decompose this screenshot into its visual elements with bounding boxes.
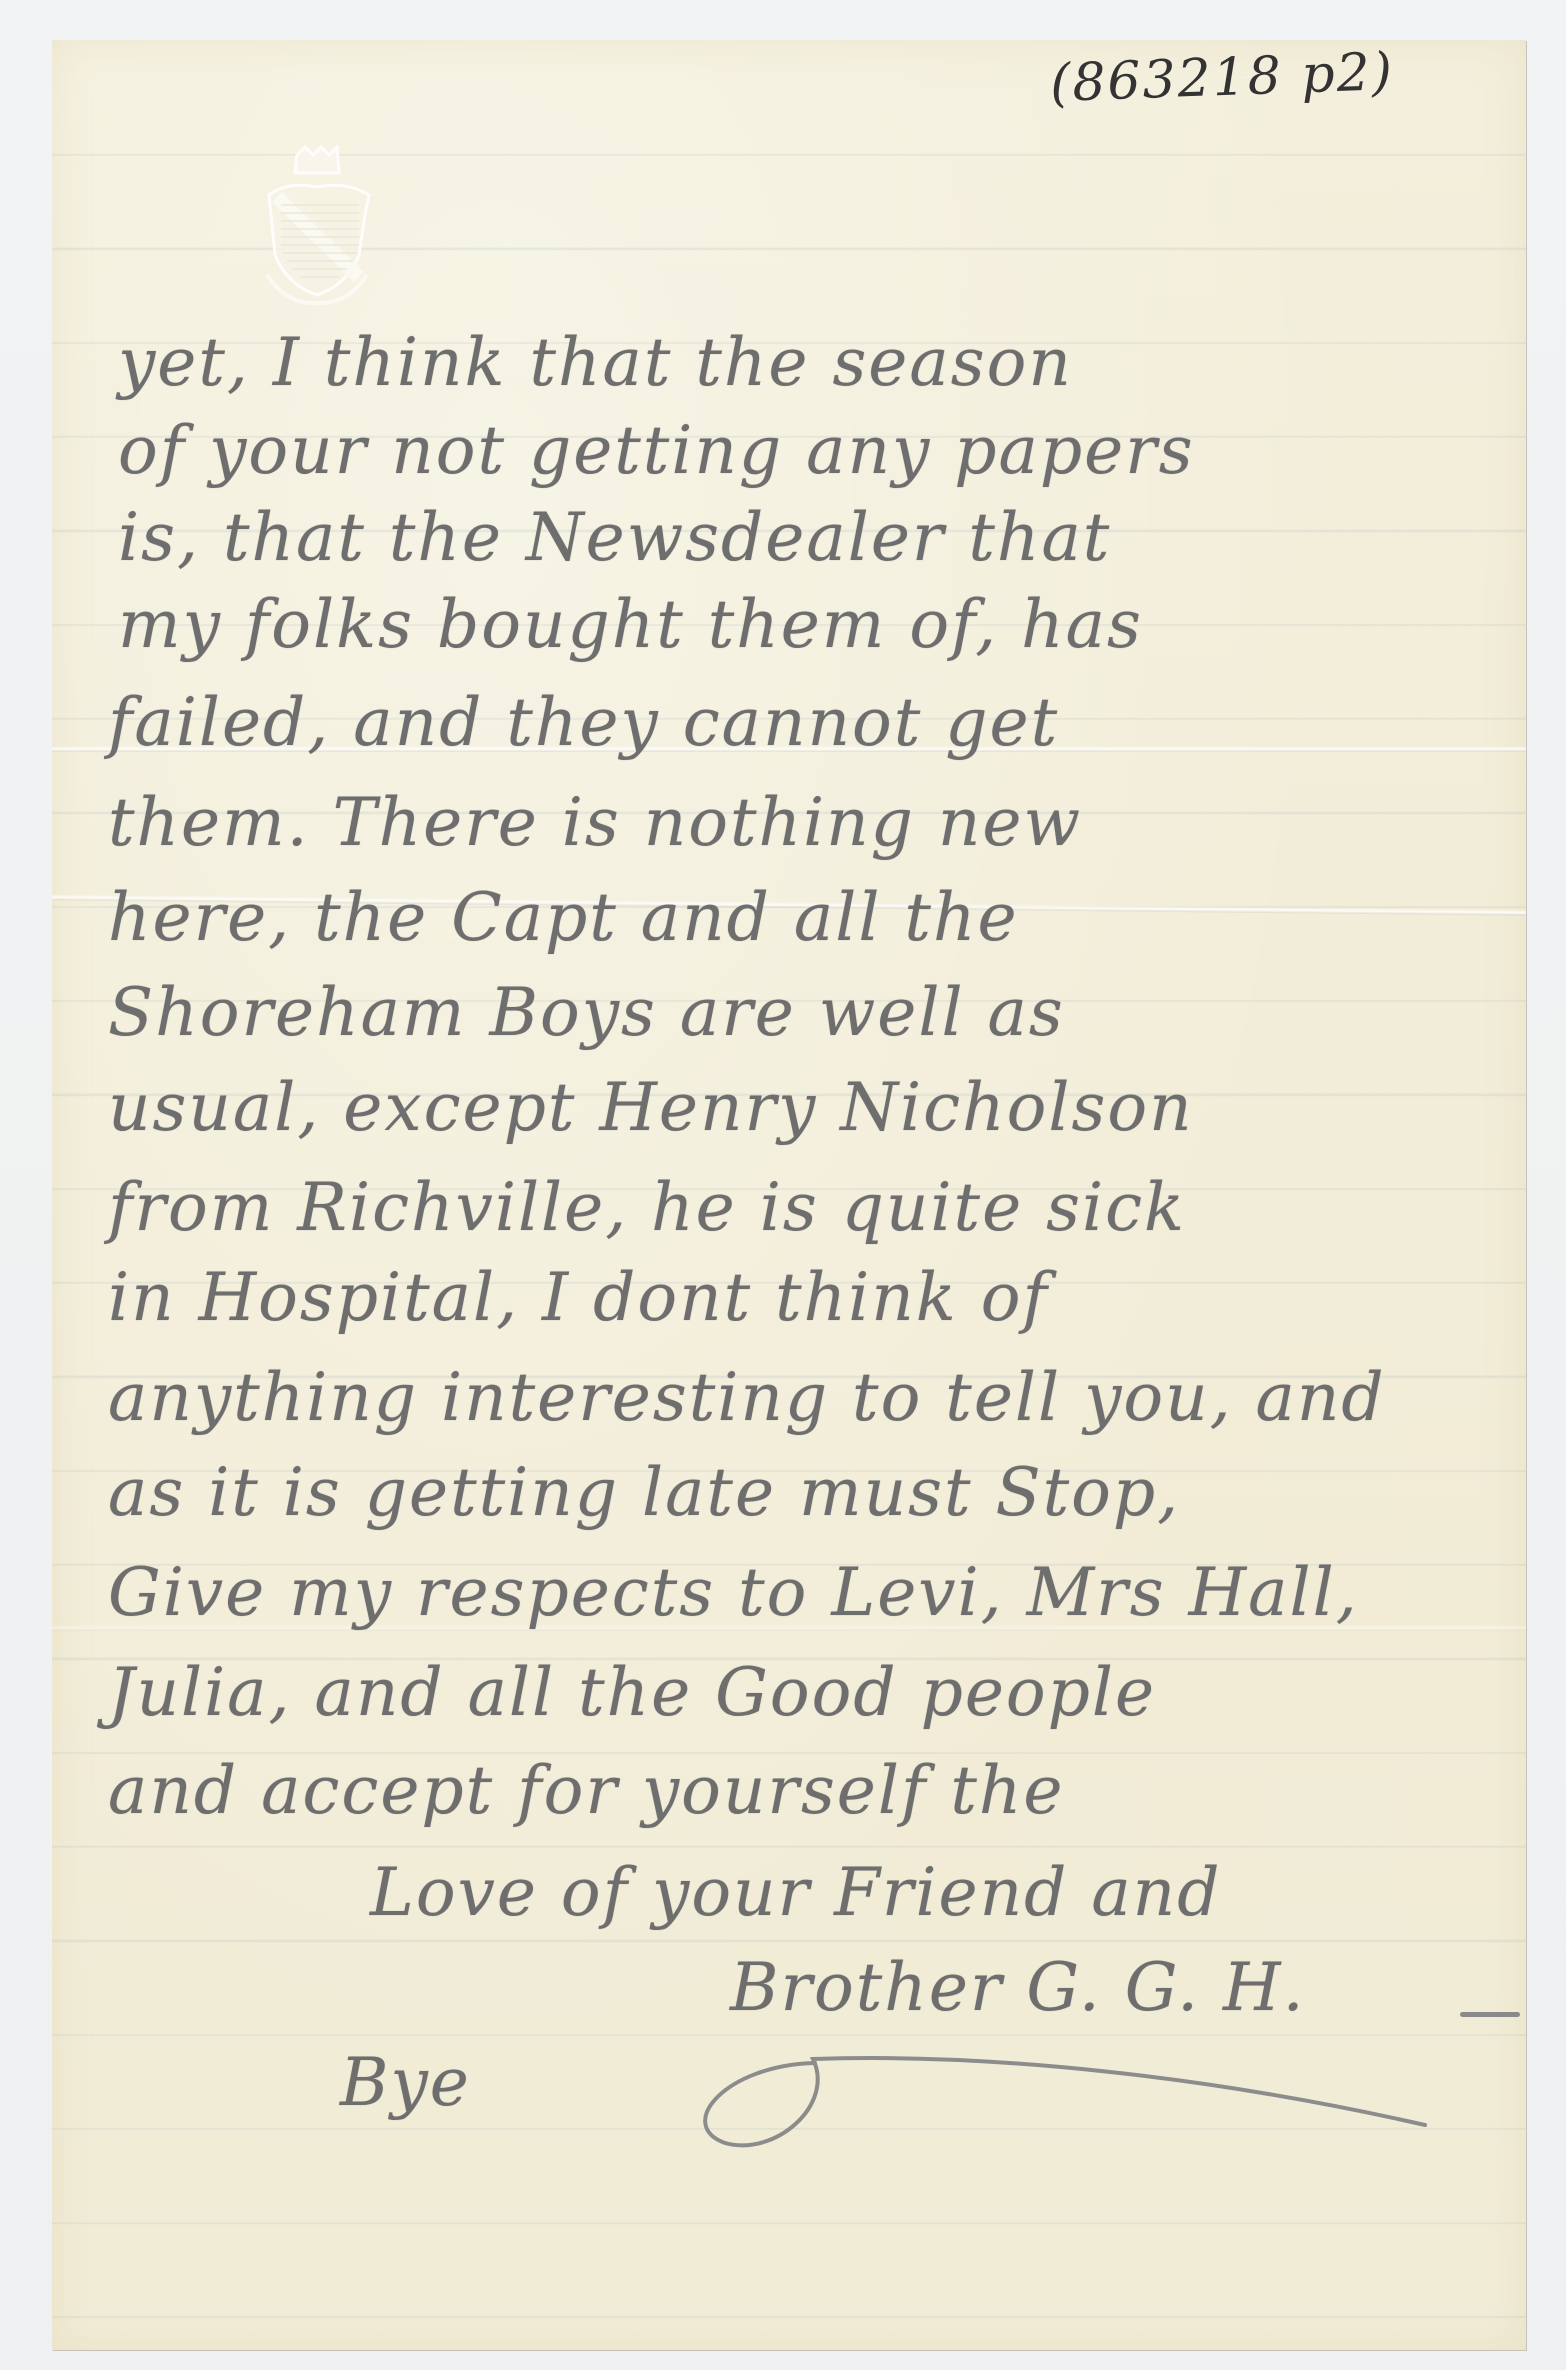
letter-line: from Richville, he is quite sick	[108, 1175, 1186, 1241]
letter-line: is, that the Newsdealer that	[118, 505, 1111, 571]
closing-line: Love of your Friend and	[370, 1860, 1221, 1926]
letter-line: yet, I think that the season	[118, 330, 1073, 396]
letter-line: them. There is nothing new	[108, 790, 1082, 856]
postscript-bye: Bye	[340, 2050, 471, 2116]
letter-line: Julia, and all the Good people	[108, 1660, 1156, 1726]
letter-line: my folks bought them of, has	[118, 592, 1143, 658]
archive-reference-number: (863218 p2)	[1049, 42, 1395, 114]
letter-line: here, the Capt and all the	[108, 885, 1019, 951]
letter-line: of your not getting any papers	[118, 418, 1195, 484]
signature: Brother G. G. H.	[730, 1955, 1306, 2021]
pen-flourish-icon	[685, 2045, 1505, 2155]
letter-line: in Hospital, I dont think of	[108, 1265, 1049, 1331]
letter-line: failed, and they cannot get	[108, 690, 1059, 756]
signature-dash	[1460, 2012, 1520, 2017]
letter-line: anything interesting to tell you, and	[108, 1365, 1386, 1431]
letter-line: as it is getting late must Stop,	[108, 1460, 1180, 1526]
letter-line: usual, except Henry Nicholson	[108, 1075, 1194, 1141]
letter-line: and accept for yourself the	[108, 1758, 1064, 1824]
letter-line: Give my respects to Levi, Mrs Hall,	[108, 1560, 1359, 1626]
embossed-crest-icon	[247, 145, 387, 315]
letter-line: Shoreham Boys are well as	[108, 980, 1065, 1046]
